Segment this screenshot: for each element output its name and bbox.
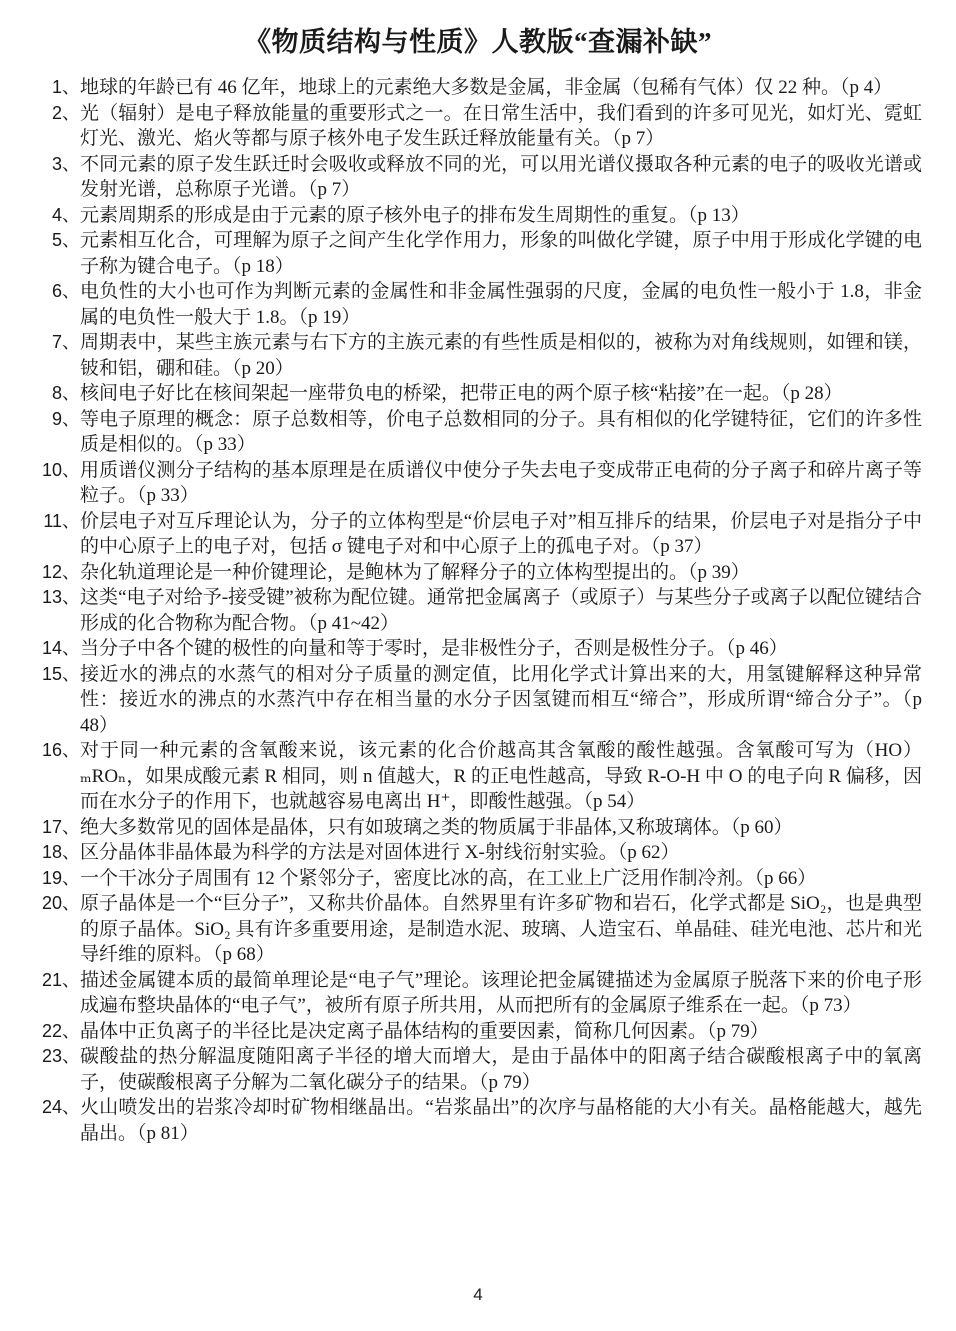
item-text: 火山喷发出的岩浆冷却时矿物相继晶出。“岩浆晶出”的次序与晶格能的大小有关。晶格能… (80, 1095, 922, 1146)
item-text: 元素周期系的形成是由于元素的原子核外电子的排布发生周期性的重复。（p 13） (80, 203, 922, 229)
list-item: 15、 接近水的沸点的水蒸气的相对分子质量的测定值，比用化学式计算出来的大，用氢… (36, 662, 922, 739)
item-number: 10、 (36, 458, 80, 484)
item-number: 2、 (36, 101, 80, 127)
list-item: 8、 核间电子好比在核间架起一座带负电的桥梁，把带正电的两个原子核“粘接”在一起… (36, 381, 922, 407)
item-number: 9、 (36, 407, 80, 433)
list-item: 5、 元素相互化合，可理解为原子之间产生化学作用力，形象的叫做化学键，原子中用于… (36, 228, 922, 279)
item-text: 光（辐射）是电子释放能量的重要形式之一。在日常生活中，我们看到的许多可见光，如灯… (80, 101, 922, 152)
list-item: 10、 用质谱仪测分子结构的基本原理是在质谱仪中使分子失去电子变成带正电荷的分子… (36, 458, 922, 509)
item-number: 3、 (36, 152, 80, 178)
item-number: 17、 (36, 815, 80, 841)
item-text: 描述金属键本质的最简单理论是“电子气”理论。该理论把金属键描述为金属原子脱落下来… (80, 968, 922, 1019)
item-number: 21、 (36, 968, 80, 994)
item-text: 地球的年龄已有 46 亿年，地球上的元素绝大多数是金属，非金属（包稀有气体）仅 … (80, 75, 922, 101)
item-text: 电负性的大小也可作为判断元素的金属性和非金属性强弱的尺度，金属的电负性一般小于 … (80, 279, 922, 330)
document-title: 《物质结构与性质》人教版“查漏补缺” (0, 0, 956, 59)
list-item: 21、 描述金属键本质的最简单理论是“电子气”理论。该理论把金属键描述为金属原子… (36, 968, 922, 1019)
list-item: 13、 这类“电子对给予-接受键”被称为配位键。通常把金属离子（或原子）与某些分… (36, 585, 922, 636)
list-item: 3、 不同元素的原子发生跃迁时会吸收或释放不同的光，可以用光谱仪摄取各种元素的电… (36, 152, 922, 203)
item-number: 20、 (36, 891, 80, 917)
item-number: 23、 (36, 1044, 80, 1070)
list-item: 12、 杂化轨道理论是一种价键理论，是鲍林为了解释分子的立体构型提出的。（p 3… (36, 560, 922, 586)
item-number: 12、 (36, 560, 80, 586)
list-item: 11、 价层电子对互斥理论认为，分子的立体构型是“价层电子对”相互排斥的结果，价… (36, 509, 922, 560)
item-text: 区分晶体非晶体最为科学的方法是对固体进行 X-射线衍射实验。（p 62） (80, 840, 922, 866)
item-number: 4、 (36, 203, 80, 229)
item-number: 1、 (36, 75, 80, 101)
item-text: 核间电子好比在核间架起一座带负电的桥梁，把带正电的两个原子核“粘接”在一起。（p… (80, 381, 922, 407)
item-text: 接近水的沸点的水蒸气的相对分子质量的测定值，比用化学式计算出来的大，用氢键解释这… (80, 662, 922, 739)
item-text: 原子晶体是一个“巨分子”，又称共价晶体。自然界里有许多矿物和岩石，化学式都是 S… (80, 891, 922, 968)
list-item: 19、 一个干冰分子周围有 12 个紧邻分子，密度比冰的高，在工业上广泛用作制冷… (36, 866, 922, 892)
item-text: 用质谱仪测分子结构的基本原理是在质谱仪中使分子失去电子变成带正电荷的分子离子和碎… (80, 458, 922, 509)
document-page: 《物质结构与性质》人教版“查漏补缺” 1、 地球的年龄已有 46 亿年，地球上的… (0, 0, 956, 1331)
item-number: 8、 (36, 381, 80, 407)
item-number: 14、 (36, 636, 80, 662)
item-number: 7、 (36, 330, 80, 356)
list-item: 16、 对于同一种元素的含氧酸来说，该元素的化合价越高其含氧酸的酸性越强。含氧酸… (36, 738, 922, 815)
list-item: 2、 光（辐射）是电子释放能量的重要形式之一。在日常生活中，我们看到的许多可见光… (36, 101, 922, 152)
list-item: 7、 周期表中，某些主族元素与右下方的主族元素的有些性质是相似的，被称为对角线规… (36, 330, 922, 381)
item-number: 22、 (36, 1019, 80, 1045)
list-item: 22、 晶体中正负离子的半径比是决定离子晶体结构的重要因素，简称几何因素。（p … (36, 1019, 922, 1045)
item-text: 当分子中各个键的极性的向量和等于零时，是非极性分子，否则是极性分子。（p 46） (80, 636, 922, 662)
list-item: 23、 碳酸盐的热分解温度随阳离子半径的增大而增大，是由于晶体中的阳离子结合碳酸… (36, 1044, 922, 1095)
list-item: 1、 地球的年龄已有 46 亿年，地球上的元素绝大多数是金属，非金属（包稀有气体… (36, 75, 922, 101)
item-number: 19、 (36, 866, 80, 892)
item-number: 11、 (36, 509, 80, 535)
item-number: 6、 (36, 279, 80, 305)
item-list: 1、 地球的年龄已有 46 亿年，地球上的元素绝大多数是金属，非金属（包稀有气体… (0, 59, 956, 1146)
list-item: 20、 原子晶体是一个“巨分子”，又称共价晶体。自然界里有许多矿物和岩石，化学式… (36, 891, 922, 968)
list-item: 18、 区分晶体非晶体最为科学的方法是对固体进行 X-射线衍射实验。（p 62） (36, 840, 922, 866)
item-text: 等电子原理的概念：原子总数相等，价电子总数相同的分子。具有相似的化学键特征，它们… (80, 407, 922, 458)
list-item: 14、 当分子中各个键的极性的向量和等于零时，是非极性分子，否则是极性分子。（p… (36, 636, 922, 662)
item-text: 元素相互化合，可理解为原子之间产生化学作用力，形象的叫做化学键，原子中用于形成化… (80, 228, 922, 279)
item-text: 不同元素的原子发生跃迁时会吸收或释放不同的光，可以用光谱仪摄取各种元素的电子的吸… (80, 152, 922, 203)
list-item: 9、 等电子原理的概念：原子总数相等，价电子总数相同的分子。具有相似的化学键特征… (36, 407, 922, 458)
item-text: 价层电子对互斥理论认为，分子的立体构型是“价层电子对”相互排斥的结果，价层电子对… (80, 509, 922, 560)
list-item: 6、 电负性的大小也可作为判断元素的金属性和非金属性强弱的尺度，金属的电负性一般… (36, 279, 922, 330)
item-number: 15、 (36, 662, 80, 688)
list-item: 4、 元素周期系的形成是由于元素的原子核外电子的排布发生周期性的重复。（p 13… (36, 203, 922, 229)
item-number: 18、 (36, 840, 80, 866)
item-text: 晶体中正负离子的半径比是决定离子晶体结构的重要因素，简称几何因素。（p 79） (80, 1019, 922, 1045)
item-text: 这类“电子对给予-接受键”被称为配位键。通常把金属离子（或原子）与某些分子或离子… (80, 585, 922, 636)
item-text: 杂化轨道理论是一种价键理论，是鲍林为了解释分子的立体构型提出的。（p 39） (80, 560, 922, 586)
list-item: 24、 火山喷发出的岩浆冷却时矿物相继晶出。“岩浆晶出”的次序与晶格能的大小有关… (36, 1095, 922, 1146)
item-number: 16、 (36, 738, 80, 764)
item-text: 周期表中，某些主族元素与右下方的主族元素的有些性质是相似的，被称为对角线规则，如… (80, 330, 922, 381)
page-number: 4 (0, 1285, 956, 1305)
item-text: 碳酸盐的热分解温度随阳离子半径的增大而增大，是由于晶体中的阳离子结合碳酸根离子中… (80, 1044, 922, 1095)
item-text: 绝大多数常见的固体是晶体，只有如玻璃之类的物质属于非晶体,又称玻璃体。（p 60… (80, 815, 922, 841)
item-text: 一个干冰分子周围有 12 个紧邻分子，密度比冰的高，在工业上广泛用作制冷剂。（p… (80, 866, 922, 892)
list-item: 17、 绝大多数常见的固体是晶体，只有如玻璃之类的物质属于非晶体,又称玻璃体。（… (36, 815, 922, 841)
item-text: 对于同一种元素的含氧酸来说，该元素的化合价越高其含氧酸的酸性越强。含氧酸可写为（… (80, 738, 922, 815)
item-number: 5、 (36, 228, 80, 254)
item-number: 13、 (36, 585, 80, 611)
item-number: 24、 (36, 1095, 80, 1121)
